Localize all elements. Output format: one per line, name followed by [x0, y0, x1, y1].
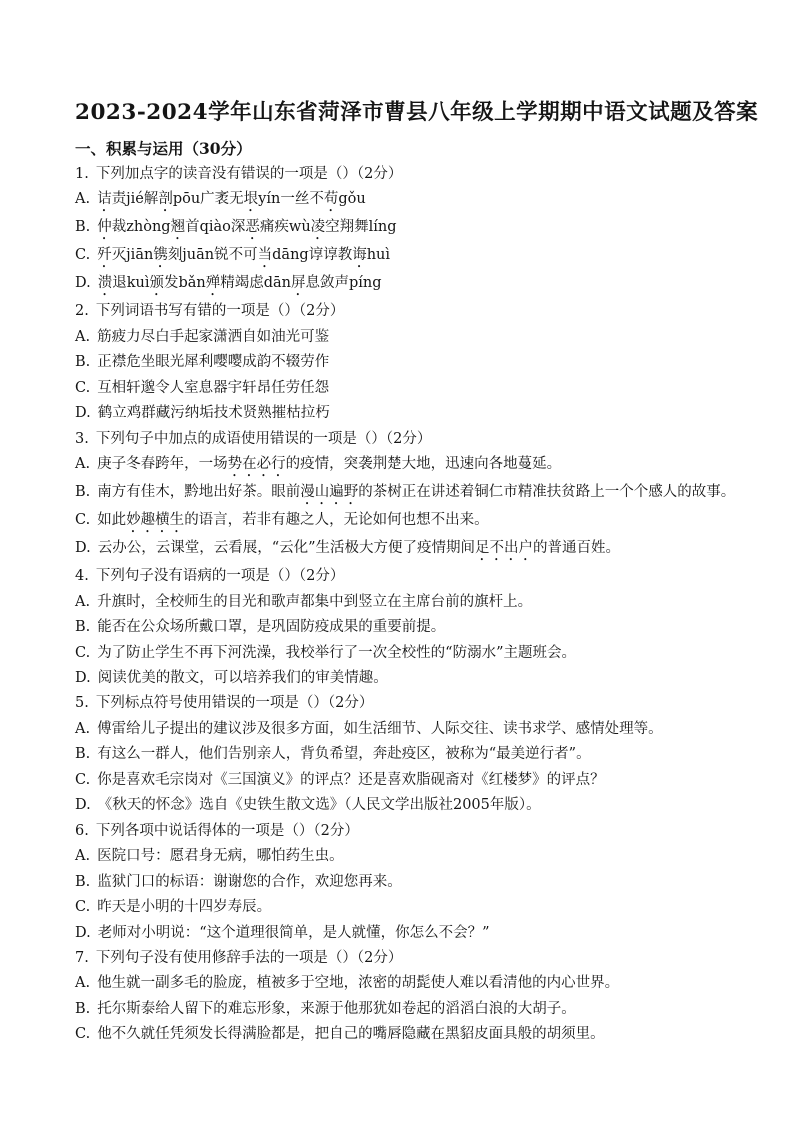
option-label: A. — [75, 844, 90, 869]
option-label: A. — [75, 717, 90, 742]
page-title: 2023-2024学年山东省菏泽市曹县八年级上学期期中语文试题及答案 — [75, 100, 725, 126]
option-label: C. — [75, 243, 90, 268]
option-line: C.互相轩邈令人室息器宇轩昂任劳任怨 — [75, 376, 725, 401]
option-line: C.昨天是小明的十四岁寿辰。 — [75, 895, 725, 920]
option-label: D. — [75, 921, 91, 946]
question-number: 3. — [75, 427, 89, 452]
option-text: 阅读优美的散文，可以培养我们的审美情趣。 — [98, 670, 388, 686]
option-text: 医院口号：愿君身无病，哪怕药生虫。 — [97, 848, 344, 864]
question-stem: 5.下列标点符号使用错误的一项是（）（2分） — [75, 691, 725, 716]
option-line: B.托尔斯泰给人留下的难忘形象，来源于他那犹如卷起的滔滔白浪的大胡子。 — [75, 997, 725, 1022]
option-line: B.正襟危坐眼光犀利嘤嘤成韵不辍劳作 — [75, 350, 725, 375]
option-label: C. — [75, 641, 90, 666]
option-text: 互相轩邈令人室息器宇轩昂任劳任怨 — [97, 380, 329, 396]
option-label: D. — [75, 793, 91, 818]
exam-page: 2023-2024学年山东省菏泽市曹县八年级上学期期中语文试题及答案 一、积累与… — [0, 0, 793, 1122]
question-stem: 3.下列句子中加点的成语使用错误的一项是（）（2分） — [75, 427, 725, 452]
option-label: C. — [75, 768, 90, 793]
option-text: 鹤立鸡群藏污纳垢技术贤熟摧枯拉朽 — [98, 405, 330, 421]
question-stem: 4.下列句子没有语病的一项是（）（2分） — [75, 564, 725, 589]
question-text: 下列加点字的读音没有错误的一项是（）（2分） — [96, 166, 402, 182]
option-label: D. — [75, 401, 91, 426]
option-line: A.傅雷给儿子提出的建议涉及很多方面，如生活细节、人际交往、读书求学、感情处理等… — [75, 717, 725, 742]
option-text: 庚子冬春跨年，一场势在必行的疫情，突袭荆楚大地，迅速向各地蔓延。 — [97, 456, 561, 472]
option-line: B.监狱门口的标语：谢谢您的合作，欢迎您再来。 — [75, 870, 725, 895]
question-stem: 2.下列词语书写有错的一项是（）（2分） — [75, 299, 725, 324]
question-text: 下列各项中说话得体的一项是（）（2分） — [96, 823, 359, 839]
option-label: A. — [75, 971, 90, 996]
option-label: D. — [75, 271, 91, 296]
option-text: 《秋天的怀念》选自《史铁生散文选》（人民文学出版社2005年版）。 — [98, 797, 541, 813]
question-text: 下列句子没有使用修辞手法的一项是（）（2分） — [96, 950, 402, 966]
option-line: D.鹤立鸡群藏污纳垢技术贤熟摧枯拉朽 — [75, 401, 725, 426]
option-label: B. — [75, 870, 90, 895]
option-line: A.升旗时，全校师生的目光和歌声都集中到竖立在主席台前的旗杆上。 — [75, 590, 725, 615]
option-line: B.南方有佳木，黔地出好茶。眼前漫山遍野的茶树正在讲述着铜仁市精准扶贫路上一个个… — [75, 480, 725, 508]
option-text: 仲裁zhòng翘首qiào深恶痛疾wù凌空翔舞líng — [97, 219, 396, 235]
option-line: B.有这么一群人，他们告别亲人，背负希望，奔赴疫区，被称为“最美逆行者”。 — [75, 742, 725, 767]
option-line: C.为了防止学生不再下河洗澡，我校举行了一次全校性的“防溺水”主题班会。 — [75, 641, 725, 666]
option-label: D. — [75, 536, 91, 561]
option-line: B.仲裁zhòng翘首qiào深恶痛疾wù凌空翔舞líng — [75, 215, 725, 243]
option-label: A. — [75, 590, 90, 615]
option-text: 你是喜欢毛宗岗对《三国演义》的评点？还是喜欢脂砚斋对《红楼梦》的评点？ — [97, 772, 605, 788]
option-line: A.他生就一副多毛的脸庞，植被多于空地，浓密的胡髭使人难以看清他的内心世界。 — [75, 971, 725, 996]
question-number: 4. — [75, 564, 89, 589]
option-label: A. — [75, 325, 90, 350]
option-text: 他生就一副多毛的脸庞，植被多于空地，浓密的胡髭使人难以看清他的内心世界。 — [97, 975, 619, 991]
option-line: A.筋疲力尽白手起家潇洒自如油光可鉴 — [75, 325, 725, 350]
option-label: D. — [75, 666, 91, 691]
question-stem: 6.下列各项中说话得体的一项是（）（2分） — [75, 819, 725, 844]
option-text: 歼灭jiān镌刻juān锐不可当dāng谆谆教诲huì — [97, 247, 390, 263]
option-line: D.阅读优美的散文，可以培养我们的审美情趣。 — [75, 666, 725, 691]
option-label: C. — [75, 376, 90, 401]
option-label: B. — [75, 215, 90, 240]
option-label: B. — [75, 480, 90, 505]
option-line: B.能否在公众场所戴口罩，是巩固防疫成果的重要前提。 — [75, 615, 725, 640]
option-text: 正襟危坐眼光犀利嘤嘤成韵不辍劳作 — [97, 354, 329, 370]
option-label: B. — [75, 742, 90, 767]
option-line: D.老师对小明说：“这个道理很简单，是人就懂，你怎么不会？” — [75, 921, 725, 946]
option-label: B. — [75, 615, 90, 640]
option-label: B. — [75, 997, 90, 1022]
option-text: 有这么一群人，他们告别亲人，背负希望，奔赴疫区，被称为“最美逆行者”。 — [97, 746, 590, 762]
option-line: D.云办公，云课堂，云看展，“云化”生活极大方便了疫情期间足不出户的普通百姓。 — [75, 536, 725, 564]
option-line: A.庚子冬春跨年，一场势在必行的疫情，突袭荆楚大地，迅速向各地蔓延。 — [75, 452, 725, 480]
question-text: 下列标点符号使用错误的一项是（）（2分） — [96, 695, 373, 711]
option-line: C.歼灭jiān镌刻juān锐不可当dāng谆谆教诲huì — [75, 243, 725, 271]
question-text: 下列词语书写有错的一项是（）（2分） — [96, 303, 344, 319]
section-heading: 一、积累与运用（30分） — [75, 140, 725, 158]
question-number: 7. — [75, 946, 89, 971]
option-text: 筋疲力尽白手起家潇洒自如油光可鉴 — [97, 329, 329, 345]
option-line: C.他不久就任凭须发长得满脸都是，把自己的嘴唇隐藏在黑貂皮面具般的胡须里。 — [75, 1022, 725, 1047]
option-label: C. — [75, 1022, 90, 1047]
question-stem: 1.下列加点字的读音没有错误的一项是（）（2分） — [75, 162, 725, 187]
option-text: 溃退kuì颁发bǎn殚精竭虑dān屏息敛声píng — [98, 275, 382, 291]
option-text: 昨天是小明的十四岁寿辰。 — [97, 899, 271, 915]
question-list: 1.下列加点字的读音没有错误的一项是（）（2分）A.诘责jié解剖pōu广袤无垠… — [75, 162, 725, 1048]
option-label: A. — [75, 452, 90, 477]
option-line: D.溃退kuì颁发bǎn殚精竭虑dān屏息敛声píng — [75, 271, 725, 299]
option-text: 监狱门口的标语：谢谢您的合作，欢迎您再来。 — [97, 874, 402, 890]
option-text: 他不久就任凭须发长得满脸都是，把自己的嘴唇隐藏在黑貂皮面具般的胡须里。 — [97, 1026, 605, 1042]
question-number: 5. — [75, 691, 89, 716]
option-label: C. — [75, 895, 90, 920]
option-text: 如此妙趣横生的语言，若非有趣之人，无论如何也想不出来。 — [97, 512, 489, 528]
option-text: 托尔斯泰给人留下的难忘形象，来源于他那犹如卷起的滔滔白浪的大胡子。 — [97, 1001, 576, 1017]
option-text: 老师对小明说：“这个道理很简单，是人就懂，你怎么不会？” — [98, 925, 490, 941]
option-label: A. — [75, 187, 90, 212]
question-text: 下列句子中加点的成语使用错误的一项是（）（2分） — [96, 431, 431, 447]
question-number: 1. — [75, 162, 89, 187]
option-text: 为了防止学生不再下河洗澡，我校举行了一次全校性的“防溺水”主题班会。 — [97, 645, 576, 661]
option-text: 升旗时，全校师生的目光和歌声都集中到竖立在主席台前的旗杆上。 — [97, 594, 532, 610]
question-text: 下列句子没有语病的一项是（）（2分） — [96, 568, 344, 584]
option-label: B. — [75, 350, 90, 375]
option-text: 诘责jié解剖pōu广袤无垠yín一丝不苟gǒu — [97, 191, 366, 207]
option-text: 傅雷给儿子提出的建议涉及很多方面，如生活细节、人际交往、读书求学、感情处理等。 — [97, 721, 663, 737]
option-text: 能否在公众场所戴口罩，是巩固防疫成果的重要前提。 — [97, 619, 445, 635]
option-line: C.你是喜欢毛宗岗对《三国演义》的评点？还是喜欢脂砚斋对《红楼梦》的评点？ — [75, 768, 725, 793]
option-line: A.诘责jié解剖pōu广袤无垠yín一丝不苟gǒu — [75, 187, 725, 215]
question-number: 6. — [75, 819, 89, 844]
option-label: C. — [75, 508, 90, 533]
option-line: C.如此妙趣横生的语言，若非有趣之人，无论如何也想不出来。 — [75, 508, 725, 536]
option-text: 南方有佳木，黔地出好茶。眼前漫山遍野的茶树正在讲述着铜仁市精准扶贫路上一个个感人… — [97, 484, 735, 500]
option-line: D.《秋天的怀念》选自《史铁生散文选》（人民文学出版社2005年版）。 — [75, 793, 725, 818]
option-line: A.医院口号：愿君身无病，哪怕药生虫。 — [75, 844, 725, 869]
question-stem: 7.下列句子没有使用修辞手法的一项是（）（2分） — [75, 946, 725, 971]
question-number: 2. — [75, 299, 89, 324]
option-text: 云办公，云课堂，云看展，“云化”生活极大方便了疫情期间足不出户的普通百姓。 — [98, 540, 620, 556]
